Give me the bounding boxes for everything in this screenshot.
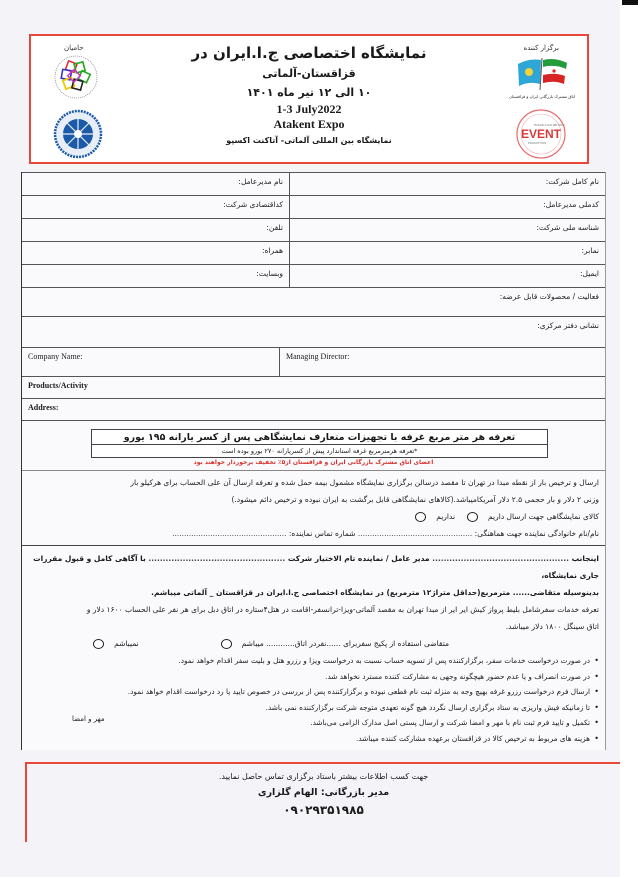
rep-phone-input[interactable]: ........................................…: [172, 529, 286, 538]
exhibition-location: قزاقستان-آلماتی: [141, 64, 477, 83]
pricing-section: تعرفه هر متر مربع غرفه با تجهیزات متعارف…: [22, 420, 605, 470]
form-row: نشانی دفتر مرکزی:: [22, 316, 605, 347]
form-row: Products/Activity: [22, 376, 605, 398]
terms-item: تا زمانیکه فیش واریزی به ستاد برگزاری ار…: [28, 700, 599, 716]
economic-code-field[interactable]: کداقتصادی شرکت:: [22, 196, 290, 218]
goods-radio-group: کالای نمایشگاهی جهت ارسال داریم نداریم: [26, 508, 599, 525]
goods-yes-radio[interactable]: [467, 512, 478, 522]
form-row: کدملی مدیرعامل: کداقتصادی شرکت:: [22, 195, 605, 218]
terms-item: در صورت درخواست خدمات سفر، برگزارکننده پ…: [28, 653, 599, 669]
terms-item: ارسال فرم درخواست رزرو غرفه بهیچ وجه به …: [28, 684, 599, 700]
rep-phone-label: شماره تماس نماینده:: [289, 529, 356, 538]
chamber-of-commerce-logo-icon: [53, 109, 103, 159]
activity-products-field[interactable]: فعالیت / محصولات قابل عرضه:: [22, 288, 605, 316]
header-box: حامیان برگزار کننده اتاق مشترک بازرگانی …: [29, 34, 589, 164]
package-no-label: نمیباشم: [114, 635, 139, 652]
products-activity-en-field[interactable]: Products/Activity: [22, 377, 605, 398]
price-per-sqm: تعرفه هر متر مربع غرفه با تجهیزات متعارف…: [92, 430, 547, 445]
scan-mark: [622, 0, 638, 5]
ceo-national-id-field[interactable]: کدملی مدیرعامل:: [290, 196, 605, 218]
organizer-label: برگزار کننده: [524, 44, 559, 52]
travel-fee-line-1: تعرفه خدمات سفرشامل بلیط پرواز کیش ایر ا…: [28, 601, 599, 618]
terms-item: در صورت انصراف و یا عدم حضور هیچگونه وجه…: [28, 669, 599, 685]
shipping-text-1: ارسال و ترخیص بار از نقطه مبدا در تهران …: [26, 474, 599, 491]
trade-promotion-organization-logo-icon: [53, 54, 99, 100]
shipping-text-2: وزنی ۲ دلار و بار حجمی ۲.۵ دلار آمریکامی…: [26, 491, 599, 508]
commercial-manager: مدیر بازرگانی: الهام گلزاری: [27, 787, 620, 798]
svg-text:TRADE & EXHIBITION: TRADE & EXHIBITION: [534, 123, 565, 127]
ceo-name-field[interactable]: نام مدیرعامل:: [22, 173, 290, 195]
price-note: *تعرفه هرمترمربع غرفه استاندارد پیش از ک…: [92, 445, 547, 458]
goods-no-radio[interactable]: [415, 512, 426, 522]
head-office-address-field[interactable]: نشانی دفتر مرکزی:: [22, 317, 605, 347]
rep-name-label: نام/نام خانوادگی نماینده جهت هماهنگی:: [475, 529, 599, 538]
declarant-name-input[interactable]: ........................................…: [432, 554, 569, 563]
declaration-role: مدیر عامل / نماینده تام الاختیار شرکت: [288, 554, 430, 563]
form-row: نام کامل شرکت: نام مدیرعامل:: [22, 172, 605, 195]
declaration-line-2: بدینوسیله متقاضی...... مترمربع(حداقل متر…: [28, 584, 599, 601]
form-row: Company Name: Managing Director:: [22, 347, 605, 376]
declaration-prefix: اینجانب: [572, 554, 599, 563]
event-promotion-logo-icon: EVENT TRADE & EXHIBITION PROMOTION: [515, 108, 567, 160]
form-row: ایمیل: وبسایت:: [22, 264, 605, 287]
phone-field[interactable]: تلفن:: [22, 219, 290, 241]
header-title-block: نمایشگاه اختصاصی ج.ا.ایران در قزاقستان-آ…: [141, 42, 477, 150]
package-yes-radio[interactable]: [221, 639, 232, 649]
shipping-section: ارسال و ترخیص بار از نقطه مبدا در تهران …: [22, 470, 605, 545]
company-national-id-field[interactable]: شناسه ملی شرکت:: [290, 219, 605, 241]
goods-yes-label: کالای نمایشگاهی جهت ارسال داریم: [488, 508, 599, 525]
sponsors-label: حامیان: [64, 44, 84, 52]
goods-no-label: نداریم: [436, 508, 455, 525]
registration-form: نام کامل شرکت: نام مدیرعامل: کدملی مدیرع…: [21, 172, 606, 750]
declaration-section: اینجانب ................................…: [22, 545, 605, 750]
exhibition-date-fa: ۱۰ الی ۱۲ تیر ماه ۱۴۰۱: [141, 83, 477, 102]
exhibition-venue-fa: نمایشگاه بین المللی آلماتی- آتاکنت اکسپو: [141, 132, 477, 150]
package-no-radio[interactable]: [93, 639, 104, 649]
member-discount-note: اعضای اتاق مشترک بازرگانی ایران و قزاقست…: [22, 459, 605, 466]
website-field[interactable]: وبسایت:: [22, 265, 290, 287]
travel-package-radio-group: متقاضی استفاده از پکیج سفربرای ......نفر…: [28, 635, 599, 652]
fax-field[interactable]: نمابر:: [290, 242, 605, 264]
svg-text:EVENT: EVENT: [521, 127, 562, 141]
travel-fee-line-2: اتاق سینگل ۱۸۰۰ دلار میباشد.: [28, 618, 599, 635]
form-row: فعالیت / محصولات قابل عرضه:: [22, 287, 605, 316]
form-row: شناسه ملی شرکت: تلفن:: [22, 218, 605, 241]
company-name-field[interactable]: نام کامل شرکت:: [290, 173, 605, 195]
address-en-field[interactable]: Address:: [22, 399, 605, 420]
terms-item: تکمیل و تایید فرم ثبت نام با مهر و امضا …: [28, 715, 599, 731]
email-field[interactable]: ایمیل:: [290, 265, 605, 287]
managing-director-en-field[interactable]: Managing Director:: [279, 348, 605, 376]
mobile-field[interactable]: همراه:: [22, 242, 290, 264]
contact-instruction: جهت کسب اطلاعات بیشتر باستاد برگزاری تما…: [27, 772, 620, 781]
declaration-line-1: اینجانب ................................…: [28, 550, 599, 584]
terms-item: هزینه های مربوط به ترخیص کالا در قزاقستا…: [28, 731, 599, 747]
company-name-en-field[interactable]: Company Name:: [22, 348, 279, 376]
footer-contact-box: جهت کسب اطلاعات بیشتر باستاد برگزاری تما…: [25, 762, 620, 842]
exhibition-date-en: 1-3 July2022: [141, 102, 477, 117]
price-box: تعرفه هر متر مربع غرفه با تجهیزات متعارف…: [91, 429, 548, 458]
exhibition-venue-en: Atakent Expo: [141, 117, 477, 132]
package-yes-label: متقاضی استفاده از پکیج سفربرای ......نفر…: [242, 635, 449, 652]
svg-text:PROMOTION: PROMOTION: [528, 141, 547, 145]
page-margin: [620, 0, 638, 877]
representative-line: نام/نام خانوادگی نماینده جهت هماهنگی: ..…: [26, 525, 599, 542]
form-row: نمابر: همراه:: [22, 241, 605, 264]
form-row: Address:: [22, 398, 605, 420]
declarant-company-input[interactable]: ........................................…: [148, 554, 285, 563]
flags-caption: اتاق مشترک بازرگانی ایران و قزاقستان: [507, 94, 577, 99]
terms-list: در صورت درخواست خدمات سفر، برگزارکننده پ…: [28, 653, 599, 746]
rep-name-input[interactable]: ........................................…: [358, 529, 472, 538]
stamp-signature-label: مهر و امضا: [72, 715, 105, 723]
exhibition-title: نمایشگاه اختصاصی ج.ا.ایران در: [141, 42, 477, 64]
iran-kazakhstan-flags-icon: [515, 56, 569, 92]
contact-phone: ۰۹۰۲۹۳۵۱۹۸۵: [27, 803, 620, 817]
